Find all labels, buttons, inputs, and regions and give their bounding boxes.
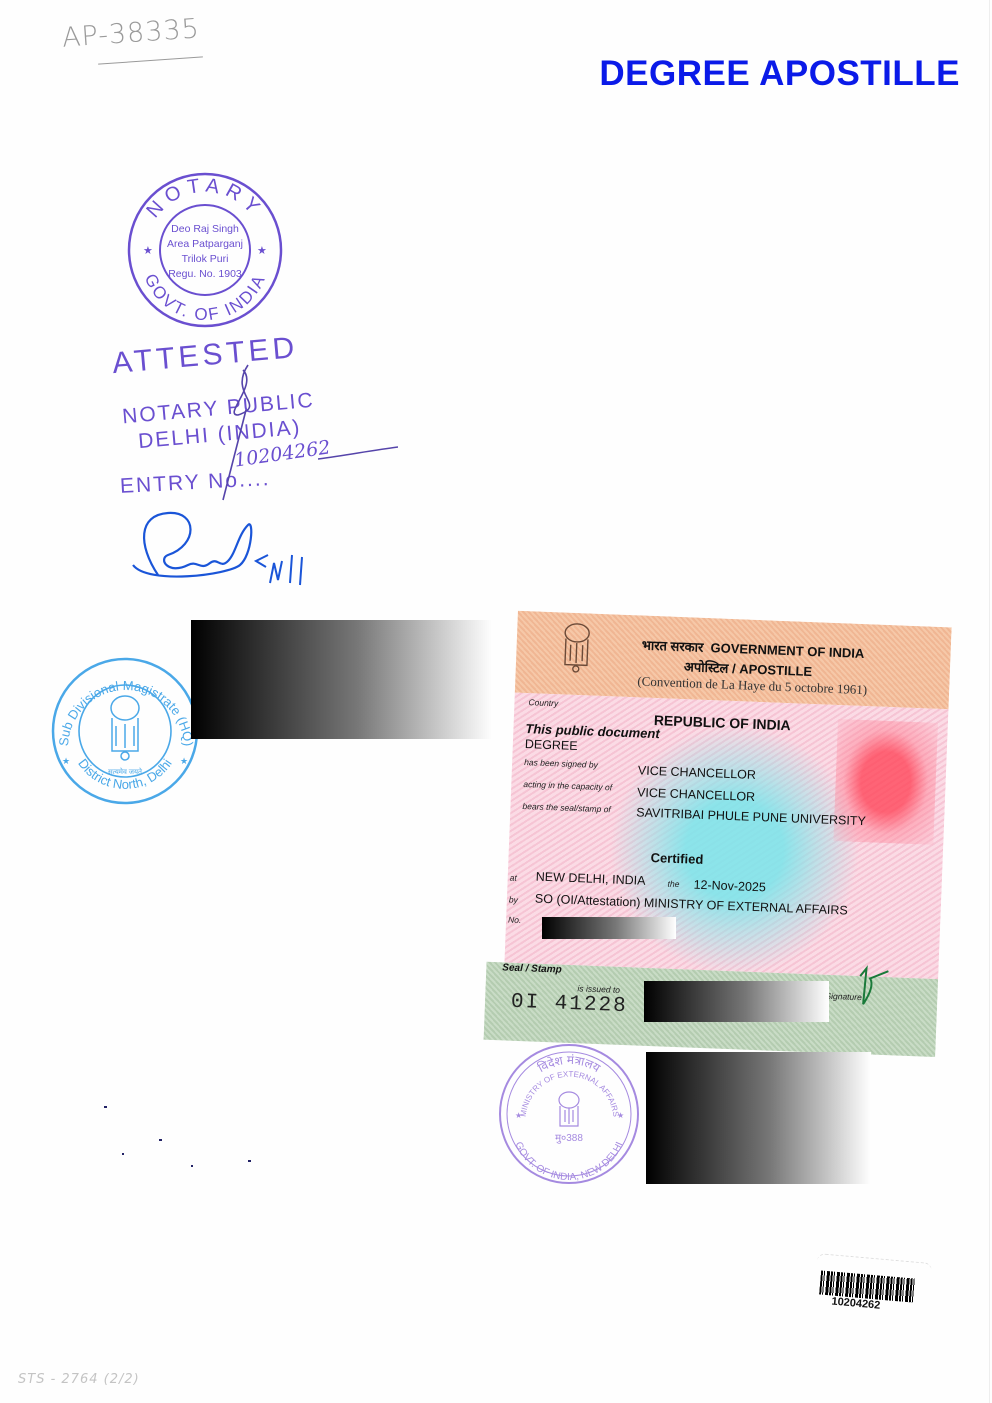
notary-initial-signature <box>218 355 278 505</box>
the-label: the <box>667 879 679 889</box>
ashoka-emblem-icon <box>555 620 597 679</box>
svg-text:GOVT. OF INDIA, NEW DELHI: GOVT. OF INDIA, NEW DELHI <box>512 1140 625 1183</box>
scan-speck <box>104 1106 107 1108</box>
sdm-seal-top: Sub Divisional Magistrate (HQ) <box>56 678 196 747</box>
barcode-sticker: 10204262 <box>813 1253 932 1319</box>
footer-note: STS - 2764 (2/2) <box>18 1372 140 1387</box>
svg-text:Trilok Puri: Trilok Puri <box>182 253 229 265</box>
date-value: 12-Nov-2025 <box>693 878 766 895</box>
scan-speck <box>191 1165 193 1167</box>
document-title: DEGREE APOSTILLE <box>599 54 960 94</box>
svg-text:सत्यमेव जयते: सत्यमेव जयते <box>108 767 143 776</box>
sdm-seal: Sub Divisional Magistrate (HQ) District … <box>50 656 200 806</box>
ashoka-emblem-icon <box>111 696 139 760</box>
star-icon: ★ <box>143 245 153 257</box>
svg-text:Area Patparganj: Area Patparganj <box>167 238 243 250</box>
star-icon: ★ <box>617 1111 624 1120</box>
reference-note: AP-38335 <box>61 13 201 54</box>
at-label: at <box>510 873 517 883</box>
number-label: No. <box>508 915 522 926</box>
scan-speck <box>159 1139 162 1141</box>
mea-seal-bottom: GOVT. OF INDIA, NEW DELHI <box>512 1140 625 1183</box>
attestation-stamp: ATTESTED NOTARY PUBLIC DELHI (INDIA) ENT… <box>108 335 388 605</box>
redaction-block <box>191 620 493 739</box>
star-icon: ★ <box>257 245 267 257</box>
page-edge <box>989 0 990 1403</box>
entry-underline <box>318 445 398 465</box>
scan-speck <box>122 1153 124 1155</box>
official-signature <box>855 964 893 1009</box>
convention-line: (Convention de La Haye du 5 octobre 1961… <box>637 673 867 698</box>
mea-seal: विदेश मंत्रालय MINISTRY OF EXTERNAL AFFA… <box>497 1042 642 1187</box>
svg-text:Regu. No. 1903: Regu. No. 1903 <box>168 268 242 280</box>
redaction-block <box>644 981 829 1022</box>
svg-text:Deo Raj Singh: Deo Raj Singh <box>171 223 239 235</box>
redaction-block <box>542 917 676 939</box>
redaction-block <box>646 1052 871 1184</box>
notary-seal-top: NOTARY <box>142 174 267 222</box>
notary-signature <box>128 505 328 595</box>
government-header: भारत सरकार GOVERNMENT OF INDIA <box>641 635 864 662</box>
star-icon: ★ <box>62 756 70 766</box>
star-icon: ★ <box>515 1111 522 1120</box>
document-type: DEGREE <box>525 737 578 753</box>
country-label: Country <box>528 697 558 708</box>
svg-text:मु०388: मु०388 <box>555 1133 583 1144</box>
svg-text:NOTARY: NOTARY <box>142 174 267 222</box>
ashoka-emblem-icon <box>559 1092 579 1126</box>
by-label: by <box>509 895 518 905</box>
seal-stamp-label: Seal / Stamp <box>502 962 562 975</box>
svg-text:Sub Divisional Magistrate (HQ): Sub Divisional Magistrate (HQ) <box>56 678 196 747</box>
certified-label: Certified <box>650 850 703 867</box>
star-icon: ★ <box>180 756 188 766</box>
scan-speck <box>248 1160 251 1162</box>
notary-seal: NOTARY GOVT. OF INDIA ★ ★ Deo Raj Singh … <box>125 170 285 330</box>
reference-underline <box>98 56 203 64</box>
serial-number: 0I 41228 <box>511 991 629 1018</box>
